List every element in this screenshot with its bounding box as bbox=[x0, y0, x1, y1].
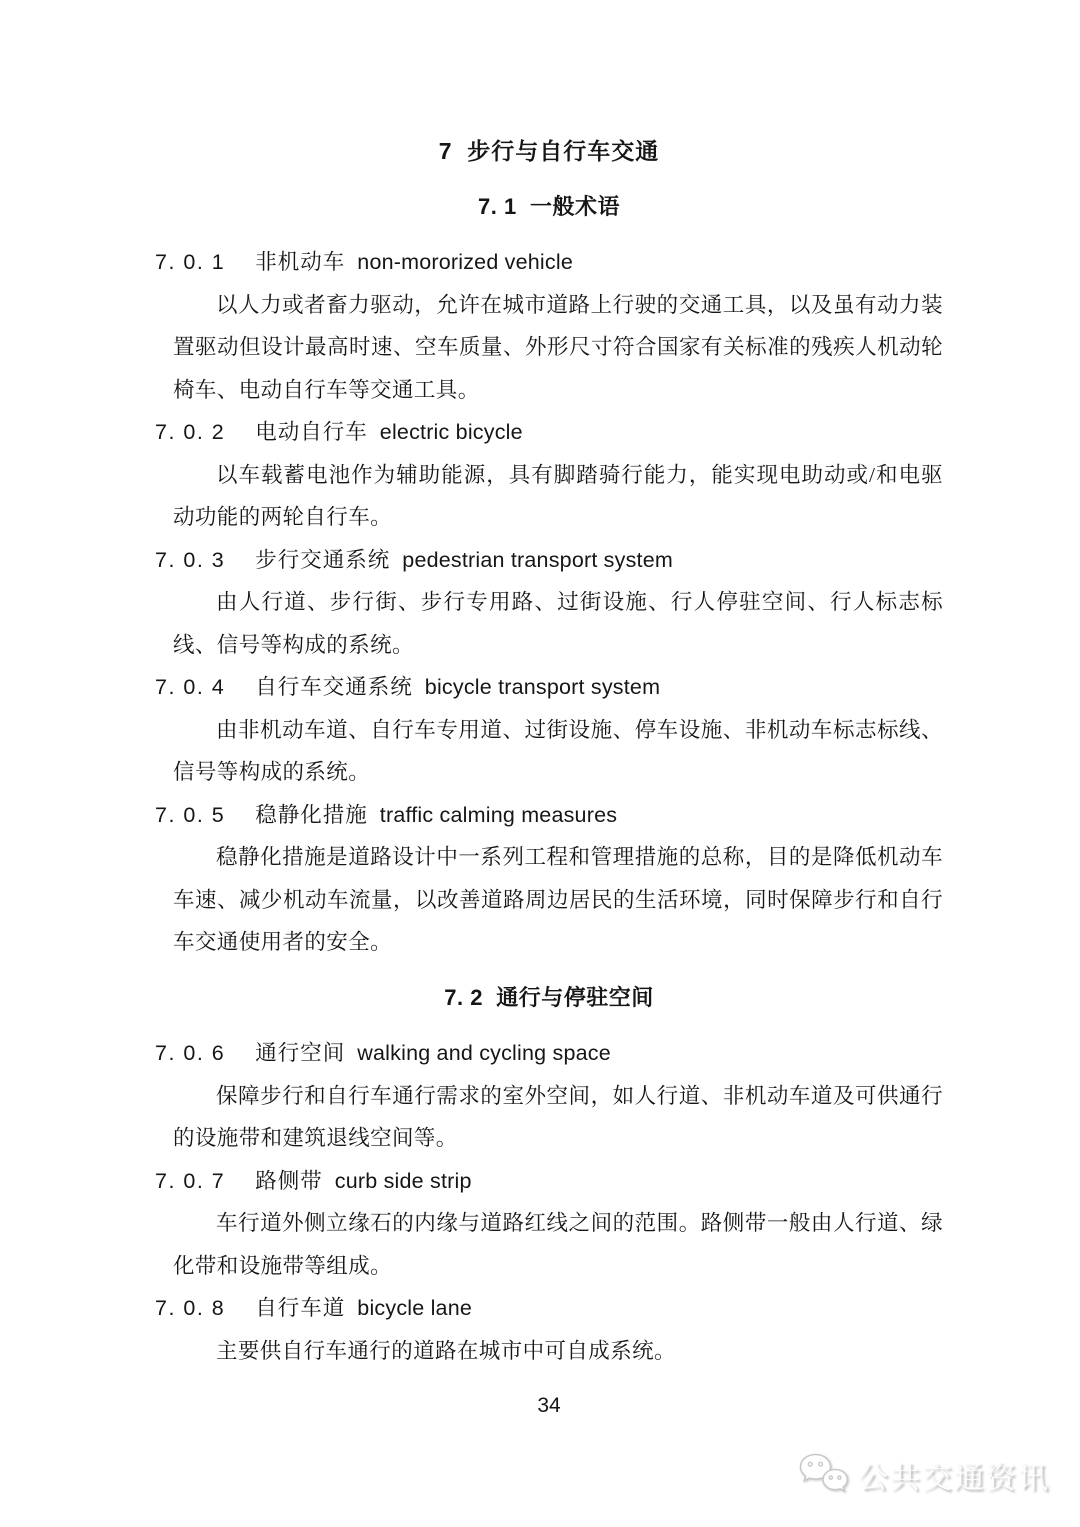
term-definition: 主要供自行车通行的道路在城市中可自成系统。 bbox=[155, 1330, 943, 1373]
term-definition: 稳静化措施是道路设计中一系列工程和管理措施的总称，目的是降低机动车车速、减少机动… bbox=[155, 836, 943, 964]
term-zh-label: 自行车道 bbox=[255, 1296, 345, 1320]
term-zh-label: 稳静化措施 bbox=[255, 803, 368, 827]
term-heading: 7. 0. 5稳静化措施traffic calming measures bbox=[155, 794, 943, 837]
term-heading: 7. 0. 7路侧带curb side strip bbox=[155, 1160, 943, 1203]
page-number: 34 bbox=[155, 1385, 943, 1428]
term-en-label: walking and cycling space bbox=[357, 1041, 611, 1065]
term-heading: 7. 0. 8自行车道bicycle lane bbox=[155, 1287, 943, 1330]
term-en-label: bicycle transport system bbox=[425, 675, 660, 699]
term-entry-7-0-3: 7. 0. 3步行交通系统pedestrian transport system… bbox=[155, 539, 943, 667]
term-en-label: pedestrian transport system bbox=[402, 548, 673, 572]
term-heading: 7. 0. 2电动自行车electric bicycle bbox=[155, 411, 943, 454]
term-zh-label: 电动自行车 bbox=[255, 420, 368, 444]
term-entry-7-0-1: 7. 0. 1非机动车non-mororized vehicle 以人力或者畜力… bbox=[155, 241, 943, 411]
term-definition: 以人力或者畜力驱动，允许在城市道路上行驶的交通工具，以及虽有动力装置驱动但设计最… bbox=[155, 284, 943, 412]
term-definition: 以车载蓄电池作为辅助能源，具有脚踏骑行能力，能实现电助动或/和电驱动功能的两轮自… bbox=[155, 454, 943, 539]
term-number: 7. 0. 5 bbox=[155, 803, 225, 827]
watermark-text: 公共交通资讯 bbox=[858, 1453, 1050, 1497]
term-entry-7-0-4: 7. 0. 4自行车交通系统bicycle transport system 由… bbox=[155, 666, 943, 794]
term-number: 7. 0. 3 bbox=[155, 548, 225, 572]
term-entry-7-0-7: 7. 0. 7路侧带curb side strip 车行道外侧立缘石的内缘与道路… bbox=[155, 1160, 943, 1288]
term-heading: 7. 0. 6通行空间walking and cycling space bbox=[155, 1032, 943, 1075]
term-heading: 7. 0. 1非机动车non-mororized vehicle bbox=[155, 241, 943, 284]
term-en-label: bicycle lane bbox=[357, 1296, 472, 1320]
term-definition: 由非机动车道、自行车专用道、过街设施、停车设施、非机动车标志标线、信号等构成的系… bbox=[155, 709, 943, 794]
chapter-title: 7 步行与自行车交通 bbox=[155, 130, 943, 173]
term-en-label: non-mororized vehicle bbox=[357, 250, 573, 274]
term-zh-label: 自行车交通系统 bbox=[255, 675, 413, 699]
term-number: 7. 0. 1 bbox=[155, 250, 225, 274]
term-definition: 车行道外侧立缘石的内缘与道路红线之间的范围。路侧带一般由人行道、绿化带和设施带等… bbox=[155, 1202, 943, 1287]
term-number: 7. 0. 6 bbox=[155, 1041, 225, 1065]
term-zh-label: 路侧带 bbox=[255, 1169, 323, 1193]
term-definition: 由人行道、步行街、步行专用路、过街设施、行人停驻空间、行人标志标线、信号等构成的… bbox=[155, 581, 943, 666]
page-content: 7 步行与自行车交通 7. 1 一般术语 7. 0. 1非机动车non-moro… bbox=[155, 130, 943, 1428]
watermark: 公共交通资讯 bbox=[798, 1452, 1050, 1498]
term-number: 7. 0. 8 bbox=[155, 1296, 225, 1320]
term-zh-label: 步行交通系统 bbox=[255, 548, 390, 572]
term-number: 7. 0. 7 bbox=[155, 1169, 225, 1193]
term-en-label: traffic calming measures bbox=[380, 803, 617, 827]
wechat-icon bbox=[798, 1452, 850, 1498]
document-page: 7 步行与自行车交通 7. 1 一般术语 7. 0. 1非机动车non-moro… bbox=[0, 0, 1080, 1527]
term-entry-7-0-5: 7. 0. 5稳静化措施traffic calming measures 稳静化… bbox=[155, 794, 943, 964]
term-entry-7-0-2: 7. 0. 2电动自行车electric bicycle 以车载蓄电池作为辅助能… bbox=[155, 411, 943, 539]
term-entry-7-0-8: 7. 0. 8自行车道bicycle lane 主要供自行车通行的道路在城市中可… bbox=[155, 1287, 943, 1372]
section-heading-7-2: 7. 2 通行与停驻空间 bbox=[155, 977, 943, 1020]
term-en-label: curb side strip bbox=[335, 1169, 472, 1193]
term-zh-label: 通行空间 bbox=[255, 1041, 345, 1065]
term-definition: 保障步行和自行车通行需求的室外空间，如人行道、非机动车道及可供通行的设施带和建筑… bbox=[155, 1075, 943, 1160]
term-entry-7-0-6: 7. 0. 6通行空间walking and cycling space 保障步… bbox=[155, 1032, 943, 1160]
term-number: 7. 0. 4 bbox=[155, 675, 225, 699]
term-en-label: electric bicycle bbox=[380, 420, 523, 444]
term-zh-label: 非机动车 bbox=[255, 250, 345, 274]
term-number: 7. 0. 2 bbox=[155, 420, 225, 444]
term-heading: 7. 0. 3步行交通系统pedestrian transport system bbox=[155, 539, 943, 582]
section-heading-7-1: 7. 1 一般术语 bbox=[155, 186, 943, 229]
term-heading: 7. 0. 4自行车交通系统bicycle transport system bbox=[155, 666, 943, 709]
